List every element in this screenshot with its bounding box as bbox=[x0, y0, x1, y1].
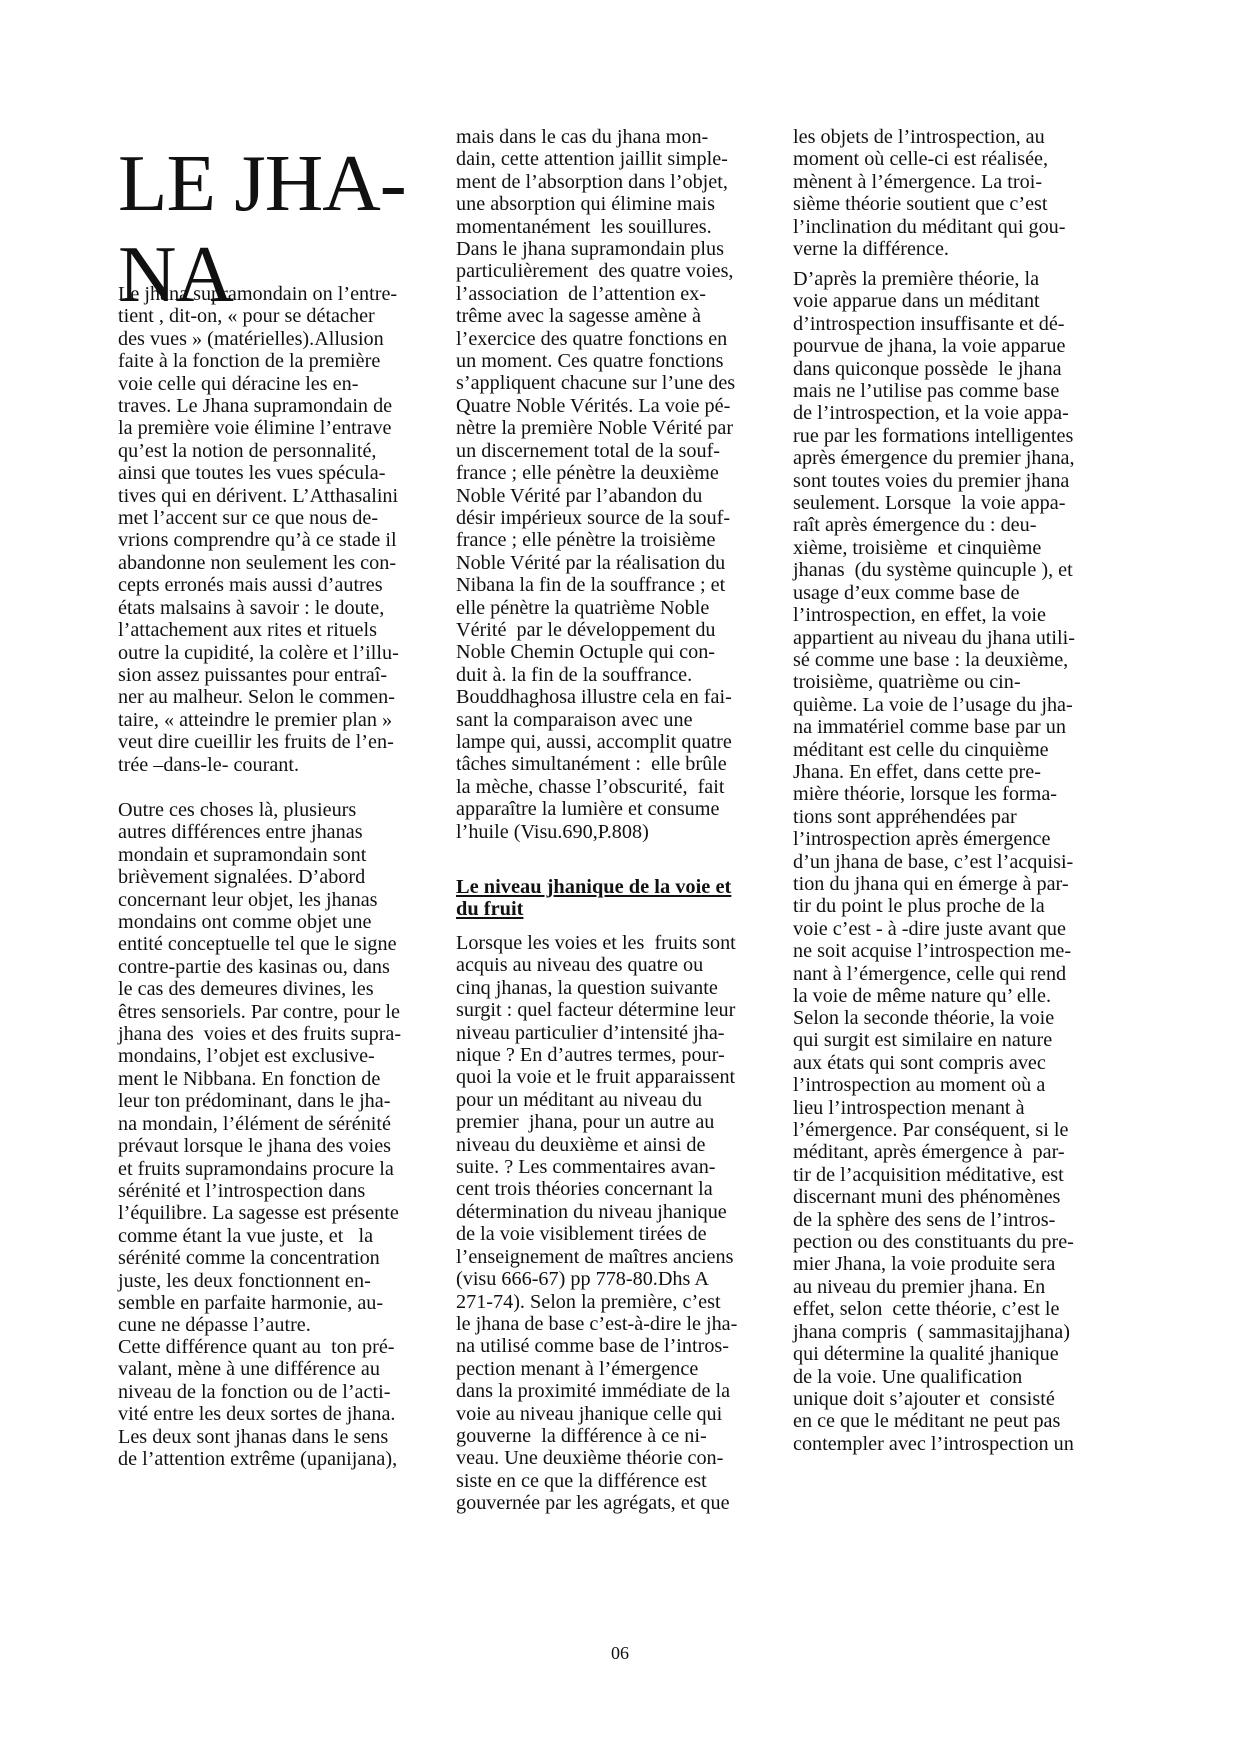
text-line: unique doit s’ajouter et consisté bbox=[793, 1388, 1074, 1410]
text-line: mais ne l’utilise pas comme base bbox=[793, 380, 1075, 402]
text-line: na mondain, l’élément de sérénité bbox=[118, 1113, 401, 1135]
text-line: un moment. Ces quatre fonctions bbox=[456, 350, 735, 372]
text-line: xième, troisième et cinquième bbox=[793, 537, 1075, 559]
text-line: discernant muni des phénomènes bbox=[793, 1186, 1074, 1208]
text-line: mier Jhana, la voie produite sera bbox=[793, 1253, 1074, 1275]
text-line: désir impérieux source de la souf- bbox=[456, 507, 735, 529]
text-line: mondains ont comme objet une bbox=[118, 911, 401, 933]
text-line: sion assez puissantes pour entraî- bbox=[118, 664, 399, 686]
text-line: l’équilibre. La sagesse est présente bbox=[118, 1202, 401, 1224]
text-line: de la voie visiblement tirées de bbox=[456, 1223, 737, 1245]
text-line: l’introspection, en effet, la voie bbox=[793, 604, 1075, 626]
text-line: gouverne la différence à ce ni- bbox=[456, 1425, 737, 1447]
text-line: jhana des voies et des fruits supra- bbox=[118, 1023, 401, 1045]
text-line: la mèche, chasse l’obscurité, fait bbox=[456, 776, 735, 798]
text-line: siste en ce que la différence est bbox=[456, 1470, 737, 1492]
title-line: LE JHA- bbox=[118, 138, 406, 229]
text-line: prévaut lorsque le jhana des voies bbox=[118, 1135, 401, 1157]
text-line: semble en parfaite harmonie, au- bbox=[118, 1292, 401, 1314]
text-line: trême avec la sagesse amène à bbox=[456, 305, 735, 327]
text-line: premier jhana, pour un autre au bbox=[456, 1111, 737, 1133]
text-line: tient , dit-on, « pour se détacher bbox=[118, 305, 399, 327]
text-line: veut dire cueillir les fruits de l’en- bbox=[118, 731, 399, 753]
text-line: après émergence du premier jhana, bbox=[793, 447, 1075, 469]
text-line: l’introspection au moment où a bbox=[793, 1074, 1074, 1096]
text-line: seulement. Lorsque la voie appa- bbox=[793, 492, 1075, 514]
text-line: tives qui en dérivent. L’Atthasalini bbox=[118, 485, 399, 507]
text-line: sième théorie soutient que c’est bbox=[793, 193, 1065, 215]
text-line: vité entre les deux sortes de jhana. bbox=[118, 1403, 397, 1425]
text-line: momentanément les souillures. bbox=[456, 216, 735, 238]
text-line: et fruits supramondains procure la bbox=[118, 1158, 401, 1180]
text-line: niveau particulier d’intensité jha- bbox=[456, 1022, 737, 1044]
text-line: met l’accent sur ce que nous de- bbox=[118, 507, 399, 529]
text-line: Noble Chemin Octuple qui con- bbox=[456, 641, 735, 663]
text-line: veau. Une deuxième théorie con- bbox=[456, 1447, 737, 1469]
text-line: trée –dans-le- courant. bbox=[118, 754, 399, 776]
text-line: elle pénètre la quatrième Noble bbox=[456, 597, 735, 619]
text-line: quième. La voie de l’usage du jha- bbox=[793, 694, 1075, 716]
text-line: 271-74). Selon la première, c’est bbox=[456, 1291, 737, 1313]
text-line: tion du jhana qui en émerge à par- bbox=[793, 873, 1075, 895]
text-line: du fruit bbox=[456, 898, 731, 920]
page-number: 06 bbox=[0, 1643, 1240, 1664]
text-line: Outre ces choses là, plusieurs bbox=[118, 799, 401, 821]
text-line: verne la différence. bbox=[793, 238, 1065, 260]
text-line: de l’introspection, et la voie appa- bbox=[793, 402, 1075, 424]
text-line: raît après émergence du : deu- bbox=[793, 514, 1075, 536]
text-line: mondains, l’objet est exclusive- bbox=[118, 1045, 401, 1067]
paragraph: Outre ces choses là, plusieursautres dif… bbox=[118, 799, 401, 1337]
text-line: jhana compris ( sammasitajjhana) bbox=[793, 1321, 1074, 1343]
text-line: nètre la première Noble Vérité par bbox=[456, 417, 735, 439]
text-line: niveau du deuxième et ainsi de bbox=[456, 1134, 737, 1156]
text-line: dans la proximité immédiate de la bbox=[456, 1380, 737, 1402]
text-line: une absorption qui élimine mais bbox=[456, 193, 735, 215]
text-line: Cette différence quant au ton pré- bbox=[118, 1336, 397, 1358]
text-line: l’enseignement de maîtres anciens bbox=[456, 1246, 737, 1268]
text-line: ner au malheur. Selon le commen- bbox=[118, 686, 399, 708]
text-line: Le niveau jhanique de la voie et bbox=[456, 876, 731, 898]
text-line: faite à la fonction de la première bbox=[118, 350, 399, 372]
text-line: jhanas (du système quincuple ), et bbox=[793, 559, 1075, 581]
text-line: tir de l’acquisition méditative, est bbox=[793, 1164, 1074, 1186]
text-line: l’exercice des quatre fonctions en bbox=[456, 328, 735, 350]
text-line: tir du point le plus proche de la bbox=[793, 895, 1075, 917]
text-line: un discernement total de la souf- bbox=[456, 440, 735, 462]
paragraph: Selon la seconde théorie, la voiequi sur… bbox=[793, 1007, 1074, 1455]
text-line: Noble Vérité par l’abandon du bbox=[456, 485, 735, 507]
text-line: D’après la première théorie, la bbox=[793, 268, 1075, 290]
text-line: tions sont appréhendées par bbox=[793, 806, 1075, 828]
text-line: Jhana. En effet, dans cette pre- bbox=[793, 761, 1075, 783]
text-line: duit à. la fin de la souffrance. bbox=[456, 664, 735, 686]
text-line: dans quiconque possède le jhana bbox=[793, 358, 1075, 380]
text-line: abandonne non seulement les con- bbox=[118, 552, 399, 574]
text-line: de la sphère des sens de l’intros- bbox=[793, 1209, 1074, 1231]
text-line: d’introspection insuffisante et dé- bbox=[793, 313, 1075, 335]
text-line: l’huile (Visu.690,P.808) bbox=[456, 821, 735, 843]
text-line: contre-partie des kasinas ou, dans bbox=[118, 956, 401, 978]
text-line: pection ou des constituants du pre- bbox=[793, 1231, 1074, 1253]
text-line: états malsains à savoir : le doute, bbox=[118, 597, 399, 619]
text-line: Selon la seconde théorie, la voie bbox=[793, 1007, 1074, 1029]
text-line: leur ton prédominant, dans le jha- bbox=[118, 1090, 401, 1112]
text-line: ment le Nibbana. En fonction de bbox=[118, 1068, 401, 1090]
text-line: (visu 666-67) pp 778-80.Dhs A bbox=[456, 1268, 737, 1290]
text-line: Les deux sont jhanas dans le sens bbox=[118, 1426, 397, 1448]
text-line: sé comme une base : la deuxième, bbox=[793, 649, 1075, 671]
text-line: Vérité par le développement du bbox=[456, 619, 735, 641]
text-line: Le jhana supramondain on l’entre- bbox=[118, 283, 399, 305]
text-line: outre la cupidité, la colère et l’illu- bbox=[118, 642, 399, 664]
text-line: niveau de la fonction ou de l’acti- bbox=[118, 1381, 397, 1403]
text-line: cent trois théories concernant la bbox=[456, 1178, 737, 1200]
paragraph: les objets de l’introspection, aumoment … bbox=[793, 126, 1065, 260]
text-line: l’introspection après émergence bbox=[793, 828, 1075, 850]
text-line: qui surgit est similaire en nature bbox=[793, 1029, 1074, 1051]
text-line: Nibana la fin de la souffrance ; et bbox=[456, 574, 735, 596]
text-line: traves. Le Jhana supramondain de bbox=[118, 395, 399, 417]
text-line: troisième, quatrième ou cin- bbox=[793, 671, 1075, 693]
text-line: mènent à l’émergence. La troi- bbox=[793, 171, 1065, 193]
text-line: sant la comparaison avec une bbox=[456, 709, 735, 731]
text-line: de l’attention extrême (upanijana), bbox=[118, 1448, 397, 1470]
text-line: mais dans le cas du jhana mon- bbox=[456, 126, 735, 148]
text-line: effet, selon cette théorie, c’est le bbox=[793, 1298, 1074, 1320]
text-line: ainsi que toutes les vues spécula- bbox=[118, 462, 399, 484]
text-line: na utilisé comme base de l’intros- bbox=[456, 1335, 737, 1357]
text-line: valant, mène à une différence au bbox=[118, 1358, 397, 1380]
text-line: pection menant à l’émergence bbox=[456, 1358, 737, 1380]
paragraph: D’après la première théorie, lavoie appa… bbox=[793, 268, 1075, 1007]
text-line: pourvue de jhana, la voie apparue bbox=[793, 335, 1075, 357]
text-line: de la voie. Une qualification bbox=[793, 1366, 1074, 1388]
text-line: le jhana de base c’est-à-dire le jha- bbox=[456, 1313, 737, 1335]
text-line: taire, « atteindre le premier plan » bbox=[118, 709, 399, 731]
text-line: appartient au niveau du jhana utili- bbox=[793, 627, 1075, 649]
text-line: rue par les formations intelligentes bbox=[793, 425, 1075, 447]
text-line: ment de l’absorption dans l’objet, bbox=[456, 171, 735, 193]
text-line: êtres sensoriels. Par contre, pour le bbox=[118, 1001, 401, 1023]
text-line: autres différences entre jhanas bbox=[118, 821, 401, 843]
text-line: Bouddhaghosa illustre cela en fai- bbox=[456, 686, 735, 708]
text-line: mière théorie, lorsque les forma- bbox=[793, 783, 1075, 805]
text-line: na immatériel comme base par un bbox=[793, 716, 1075, 738]
text-line: méditant est celle du cinquième bbox=[793, 739, 1075, 761]
text-line: france ; elle pénètre la deuxième bbox=[456, 462, 735, 484]
text-line: surgit : quel facteur détermine leur bbox=[456, 999, 737, 1021]
text-line: Lorsque les voies et les fruits sont bbox=[456, 932, 737, 954]
text-line: Noble Vérité par la réalisation du bbox=[456, 552, 735, 574]
text-line: france ; elle pénètre la troisième bbox=[456, 529, 735, 551]
text-line: des vues » (matérielles).Allusion bbox=[118, 328, 399, 350]
text-line: cepts erronés mais aussi d’autres bbox=[118, 574, 399, 596]
text-line: suite. ? Les commentaires avan- bbox=[456, 1156, 737, 1178]
text-line: tâches simultanément : elle brûle bbox=[456, 753, 735, 775]
text-line: les objets de l’introspection, au bbox=[793, 126, 1065, 148]
text-line: d’un jhana de base, c’est l’acquisi- bbox=[793, 851, 1075, 873]
paragraph: mais dans le cas du jhana mon-dain, cett… bbox=[456, 126, 735, 843]
text-line: qui détermine la qualité jhanique bbox=[793, 1343, 1074, 1365]
section-heading: Le niveau jhanique de la voie etdu fruit bbox=[456, 876, 731, 921]
text-line: qu’est la notion de personnalité, bbox=[118, 440, 399, 462]
text-line: au niveau du premier jhana. En bbox=[793, 1276, 1074, 1298]
text-line: cune ne dépasse l’autre. bbox=[118, 1314, 401, 1336]
text-line: comme étant la vue juste, et la bbox=[118, 1225, 401, 1247]
text-line: méditant, après émergence à par- bbox=[793, 1141, 1074, 1163]
text-line: sont toutes voies du premier jhana bbox=[793, 470, 1075, 492]
text-line: l’attachement aux rites et rituels bbox=[118, 619, 399, 641]
text-line: entité conceptuelle tel que le signe bbox=[118, 933, 401, 955]
text-line: usage d’eux comme base de bbox=[793, 582, 1075, 604]
paragraph: Le jhana supramondain on l’entre-tient ,… bbox=[118, 283, 399, 776]
text-line: voie celle qui déracine les en- bbox=[118, 373, 399, 395]
text-line: gouvernée par les agrégats, et que bbox=[456, 1492, 737, 1514]
text-line: pour un méditant au niveau du bbox=[456, 1089, 737, 1111]
text-line: apparaître la lumière et consume bbox=[456, 798, 735, 820]
text-line: l’émergence. Par conséquent, si le bbox=[793, 1119, 1074, 1141]
text-line: nique ? En d’autres termes, pour- bbox=[456, 1044, 737, 1066]
text-line: contempler avec l’introspection un bbox=[793, 1433, 1074, 1455]
text-line: dain, cette attention jaillit simple- bbox=[456, 148, 735, 170]
text-line: le cas des demeures divines, les bbox=[118, 978, 401, 1000]
text-line: l’inclination du méditant qui gou- bbox=[793, 216, 1065, 238]
text-line: la voie de même nature qu’ elle. bbox=[793, 985, 1075, 1007]
text-line: cinq jhanas, la question suivante bbox=[456, 977, 737, 999]
paragraph: Lorsque les voies et les fruits sontacqu… bbox=[456, 932, 737, 1515]
text-line: voie c’est - à -dire juste avant que bbox=[793, 918, 1075, 940]
text-line: l’association de l’attention ex- bbox=[456, 283, 735, 305]
text-line: juste, les deux fonctionnent en- bbox=[118, 1270, 401, 1292]
text-line: en ce que le méditant ne peut pas bbox=[793, 1410, 1074, 1432]
text-line: lieu l’introspection menant à bbox=[793, 1097, 1074, 1119]
text-line: brièvement signalées. D’abord bbox=[118, 866, 401, 888]
text-line: nant à l’émergence, celle qui rend bbox=[793, 963, 1075, 985]
text-line: Quatre Noble Vérités. La voie pé- bbox=[456, 395, 735, 417]
text-line: lampe qui, aussi, accomplit quatre bbox=[456, 731, 735, 753]
text-line: aux états qui sont compris avec bbox=[793, 1052, 1074, 1074]
paragraph: Cette différence quant au ton pré-valant… bbox=[118, 1336, 397, 1470]
text-line: la première voie élimine l’entrave bbox=[118, 417, 399, 439]
text-line: sérénité et l’introspection dans bbox=[118, 1180, 401, 1202]
text-line: acquis au niveau des quatre ou bbox=[456, 954, 737, 976]
text-line: sérénité comme la concentration bbox=[118, 1247, 401, 1269]
text-line: quoi la voie et le fruit apparaissent bbox=[456, 1066, 737, 1088]
text-line: moment où celle-ci est réalisée, bbox=[793, 148, 1065, 170]
text-line: concernant leur objet, les jhanas bbox=[118, 889, 401, 911]
text-line: Dans le jhana supramondain plus bbox=[456, 238, 735, 260]
text-line: s’appliquent chacune sur l’une des bbox=[456, 372, 735, 394]
text-line: ne soit acquise l’introspection me- bbox=[793, 940, 1075, 962]
text-line: vrions comprendre qu’à ce stade il bbox=[118, 529, 399, 551]
text-line: particulièrement des quatre voies, bbox=[456, 260, 735, 282]
text-line: voie apparue dans un méditant bbox=[793, 290, 1075, 312]
text-line: détermination du niveau jhanique bbox=[456, 1201, 737, 1223]
text-line: voie au niveau jhanique celle qui bbox=[456, 1403, 737, 1425]
text-line: mondain et supramondain sont bbox=[118, 844, 401, 866]
